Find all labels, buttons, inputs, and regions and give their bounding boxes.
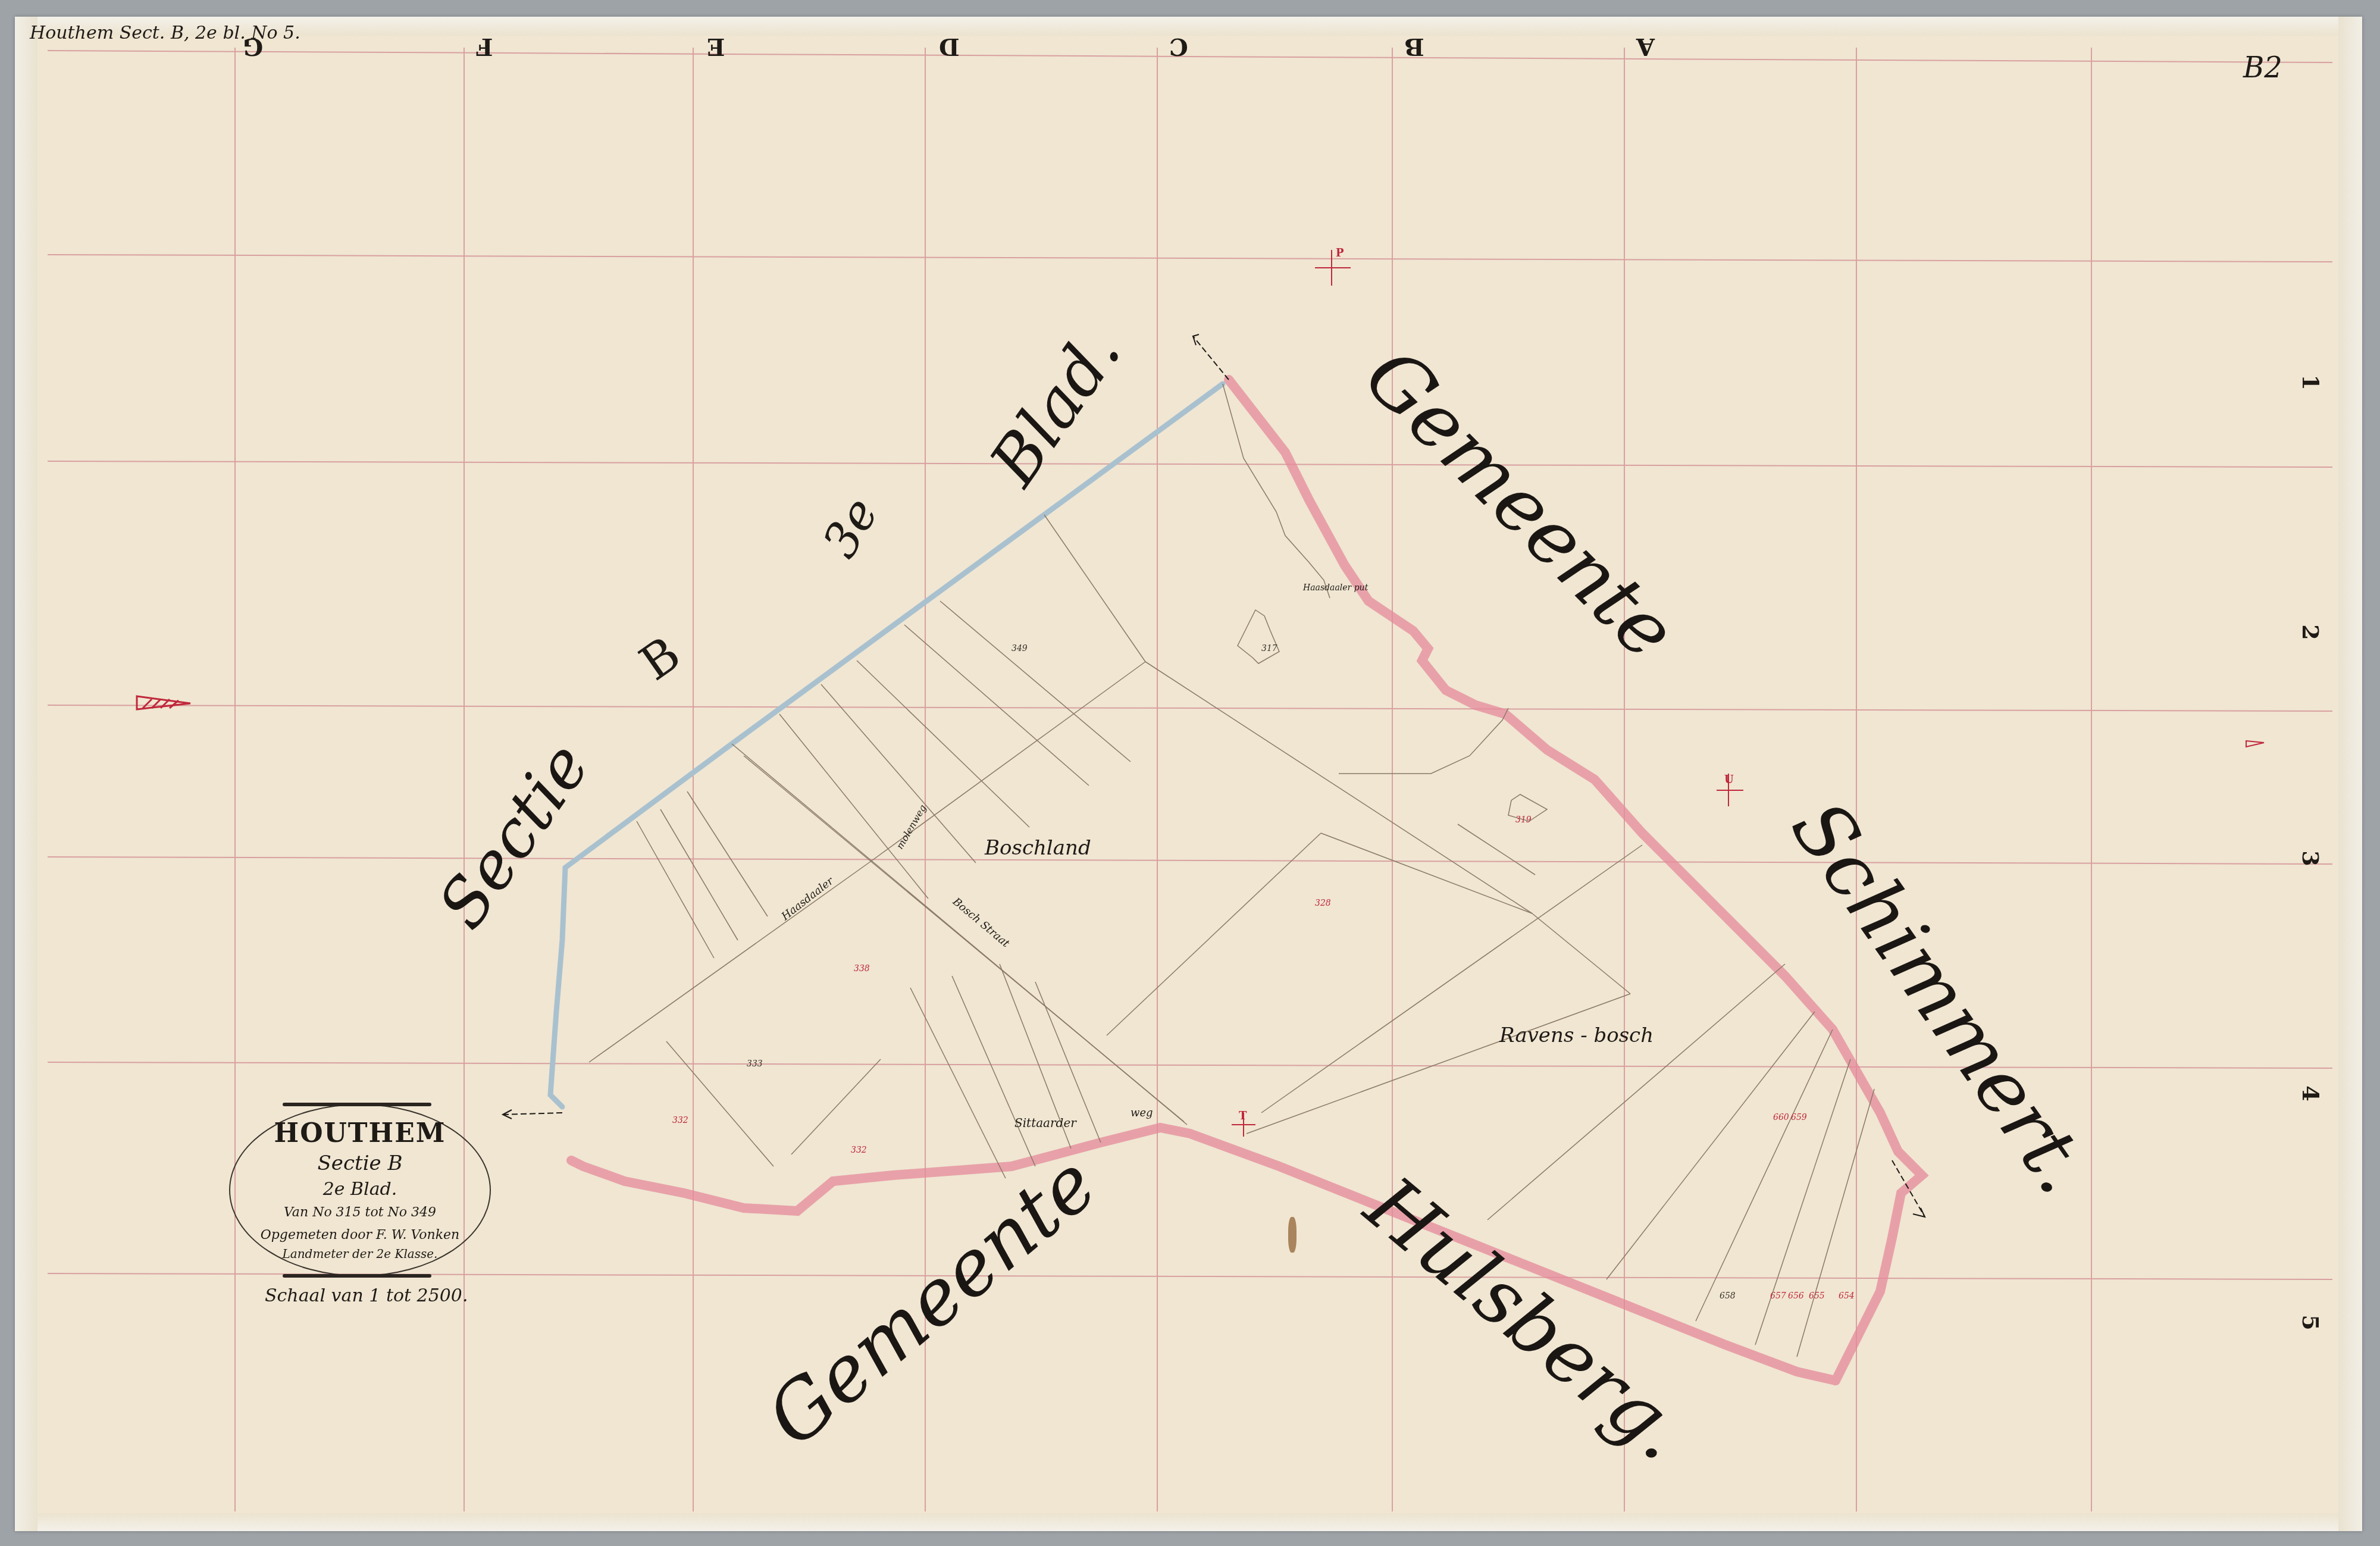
grid-marker-crosses xyxy=(1232,250,1743,1137)
row-number-2: 2 xyxy=(2297,624,2324,640)
parcel-number: 655 xyxy=(1809,1291,1825,1301)
parcel-number: 332 xyxy=(851,1146,867,1155)
column-letter-a: A xyxy=(1636,33,1655,61)
cartouche-top-rule xyxy=(283,1103,431,1106)
cartouche-surveyor-rank: Landmeter der 2e Klasse. xyxy=(229,1247,491,1261)
column-letter-e: E xyxy=(707,33,725,61)
road-weg: weg xyxy=(1130,1107,1153,1119)
grid-marker-t: T xyxy=(1239,1110,1247,1122)
parcel-number: 659 xyxy=(1791,1113,1807,1122)
cartouche-section: Sectie B xyxy=(229,1151,491,1175)
east-orientation-mark-icon xyxy=(2246,741,2264,747)
row-number-4: 4 xyxy=(2297,1085,2324,1101)
place-boschland: Boschland xyxy=(985,836,1091,860)
column-letter-d: D xyxy=(939,33,960,61)
parcel-number: 333 xyxy=(747,1059,763,1069)
row-number-1: 1 xyxy=(2297,374,2324,390)
row-number-3: 3 xyxy=(2297,850,2324,866)
sheet-code: B2 xyxy=(2243,51,2282,85)
cartouche-surveyor: Opgemeten door F. W. Vonken xyxy=(229,1228,491,1243)
column-letter-g: G xyxy=(243,33,263,61)
parcel-number: 338 xyxy=(854,964,870,974)
cartouche-title: HOUTHEM xyxy=(229,1118,491,1148)
parcel-number: 658 xyxy=(1720,1291,1736,1301)
parcel-number: 319 xyxy=(1515,815,1532,825)
column-letter-b: B xyxy=(1404,33,1424,61)
place-ravensbosch: Ravens - bosch xyxy=(1499,1024,1654,1047)
map-cartouche: HOUTHEM Sectie B 2e Blad. Van No 315 tot… xyxy=(229,1104,491,1276)
column-letter-c: C xyxy=(1169,33,1188,61)
row-number-5: 5 xyxy=(2297,1315,2324,1330)
ink-stain xyxy=(1288,1217,1297,1253)
cadastral-map-drawing xyxy=(0,0,2380,1546)
parcel-number: 657 xyxy=(1770,1291,1786,1301)
cartouche-bottom-rule xyxy=(283,1274,431,1278)
map-scale: Schaal van 1 tot 2500. xyxy=(265,1285,468,1306)
municipal-boundary xyxy=(571,380,1922,1381)
section-boundary xyxy=(550,384,1223,1107)
parcel-number: 349 xyxy=(1011,644,1028,653)
parcel-number: 332 xyxy=(672,1116,688,1125)
parcel-number: 660 xyxy=(1773,1113,1789,1122)
parcel-number: 656 xyxy=(1788,1291,1804,1301)
grid-marker-p: P xyxy=(1336,247,1344,259)
cartouche-parcel-range: Van No 315 tot No 349 xyxy=(229,1205,491,1220)
orientation-arrow-icon xyxy=(137,696,190,709)
place-haasdaaler-put: Haasdaaler put xyxy=(1303,583,1368,593)
column-letter-f: F xyxy=(476,33,493,61)
boundary-direction-arrows xyxy=(503,334,1925,1217)
grid-marker-u: U xyxy=(1724,774,1734,786)
parcel-number: 654 xyxy=(1839,1291,1855,1301)
road-sittaarder: Sittaarder xyxy=(1014,1116,1076,1130)
parcel-number: 328 xyxy=(1315,899,1331,908)
cartouche-sheet: 2e Blad. xyxy=(229,1179,491,1200)
parcel-number: 317 xyxy=(1261,644,1277,653)
